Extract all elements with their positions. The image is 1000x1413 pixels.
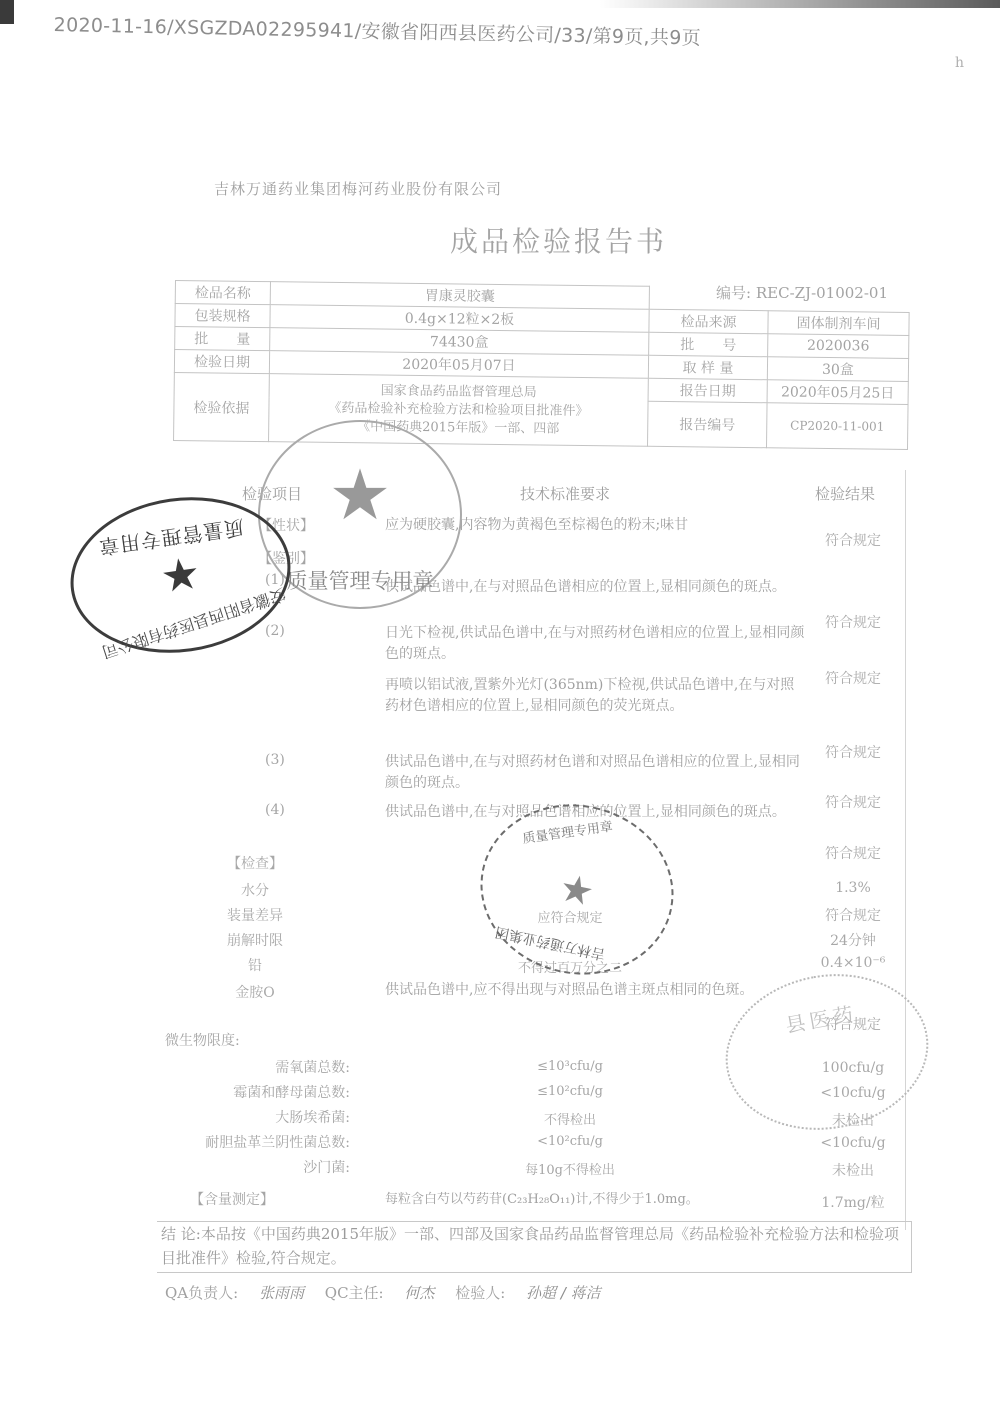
check-disintegration: 崩解时限 [220,930,290,950]
micro-salmonella: 沙门菌: [303,1157,350,1177]
header-result: 检验结果 [815,483,875,504]
res-ident-4: 符合规定 [808,843,898,863]
label-product-name: 检品名称 [175,281,270,305]
company-name: 吉林万通药业集团梅河药业股份有限公司 [214,178,502,199]
check-auramine: 金胺O [220,982,290,1002]
qc-signature: 何杰 [404,1284,434,1302]
corner-mark: h [955,55,964,71]
label-test-date: 检验日期 [174,350,269,374]
info-table: 检品名称 胃康灵胶囊 包装规格 0.4g×12粒×2板 检品来源 固体制剂车间 … [173,280,910,450]
res-ident-2: 符合规定 [808,668,898,688]
res-ident-3: 符合规定 [808,792,898,812]
scan-edge-top [600,0,1000,8]
res-ident-1: 符合规定 [808,612,898,632]
seal-text: 县医药 [783,997,859,1038]
document-title: 成品检验报告书 [450,220,667,260]
res-moisture: 1.3% [808,880,898,896]
res-assay: 1.7mg/粒 [808,1192,898,1212]
req-ident-2b: 再喷以铝试液,置紫外光灯(365nm)下检视,供试品色谱中,在与对照药材色谱相应… [385,675,805,717]
req-ident-2: 日光下检视,供试品色谱中,在与对照药材色谱相应的位置上,显相同颜色的斑点。 [385,623,805,665]
value-report-date: 2020年05月25日 [767,380,908,405]
value-batch-number: 2020036 [768,334,909,359]
check-moisture: 水分 [220,880,290,900]
label-batch-size: 批 量 [175,327,270,351]
check-fill-variation: 装量差异 [220,905,290,925]
qa-label: QA负责人: [165,1284,238,1302]
label-report-date: 报告日期 [648,378,767,402]
item-checks: 【检查】 [220,853,290,873]
req-gram-neg: <10²cfu/g [470,1134,670,1149]
seal-text-top: 质量管理专用章 [521,815,614,846]
conclusion: 结 论:本品按《中国药典2015年版》一部、四部及国家食品药品监督管理总局《药品… [157,1221,912,1273]
star-icon: ★ [556,864,598,914]
label-test-basis: 检验依据 [174,372,270,441]
res-lead: 0.4×10⁻⁶ [808,955,898,971]
page-header-stamp: 2020-11-16/XSGZDA02295941/安徽省阳西县医药公司/33/… [53,10,701,51]
check-lead: 铅 [220,955,290,975]
inspector-label: 检验人: [455,1284,505,1302]
req-aerobic: ≤10³cfu/g [470,1059,670,1074]
res-salmonella: 未检出 [808,1160,898,1180]
label-batch-number: 批 号 [649,332,768,356]
value-sample-qty: 30盒 [767,357,908,382]
ident-no-3: (3) [265,752,285,768]
inspector-signature: 孙超 / 蒋洁 [526,1284,601,1302]
micro-ecoli: 大肠埃希菌: [275,1107,350,1127]
label-sample-source: 检品来源 [649,309,768,333]
micro-gram-neg: 耐胆盐革兰阴性菌总数: [205,1132,350,1152]
req-ecoli: 不得检出 [470,1109,670,1128]
req-ident-3: 供试品色谱中,在与对照药材色谱和对照品色谱相应的位置上,显相同颜色的斑点。 [385,752,805,794]
ident-no-4: (4) [265,802,285,818]
star-icon: ★ [157,547,203,603]
res-ident-2b: 符合规定 [808,742,898,762]
label-package-spec: 包装规格 [175,304,270,328]
req-assay: 每粒含白芍以芍药苷(C₂₃H₂₈O₁₁)计,不得少于1.0mg。 [385,1189,805,1210]
qa-signature: 张雨雨 [259,1284,304,1302]
header-requirement: 技术标准要求 [520,483,610,504]
ident-no-2: (2) [265,623,285,639]
req-mold: ≤10²cfu/g [470,1084,670,1099]
res-disintegration: 24分钟 [808,930,898,950]
label-sample-qty: 取 样 量 [648,355,767,379]
signatures: QA负责人: 张雨雨 QC主任: 何杰 检验人: 孙超 / 蒋洁 [165,1282,617,1303]
micro-mold: 霉菌和酵母菌总数: [233,1082,350,1102]
right-border [905,470,906,1230]
res-fill-variation: 符合规定 [808,905,898,925]
value-report-number: CP2020-11-001 [766,403,908,450]
qc-label: QC主任: [325,1284,384,1302]
micro-aerobic: 需氧菌总数: [275,1057,350,1077]
res-properties: 符合规定 [808,530,898,550]
req-auramine: 供试品色谱中,应不得出现与对照品色谱主斑点相同的色斑。 [385,980,785,1001]
item-assay: 【含量测定】 [190,1189,274,1209]
label-report-number: 报告编号 [648,401,768,447]
value-sample-source: 固体制剂车间 [768,311,909,336]
star-icon: ★ [329,454,392,536]
res-gram-neg: <10cfu/g [808,1135,898,1151]
microbial-title: 微生物限度: [165,1030,240,1050]
req-salmonella: 每10g不得检出 [470,1159,670,1178]
scan-edge [0,0,14,24]
